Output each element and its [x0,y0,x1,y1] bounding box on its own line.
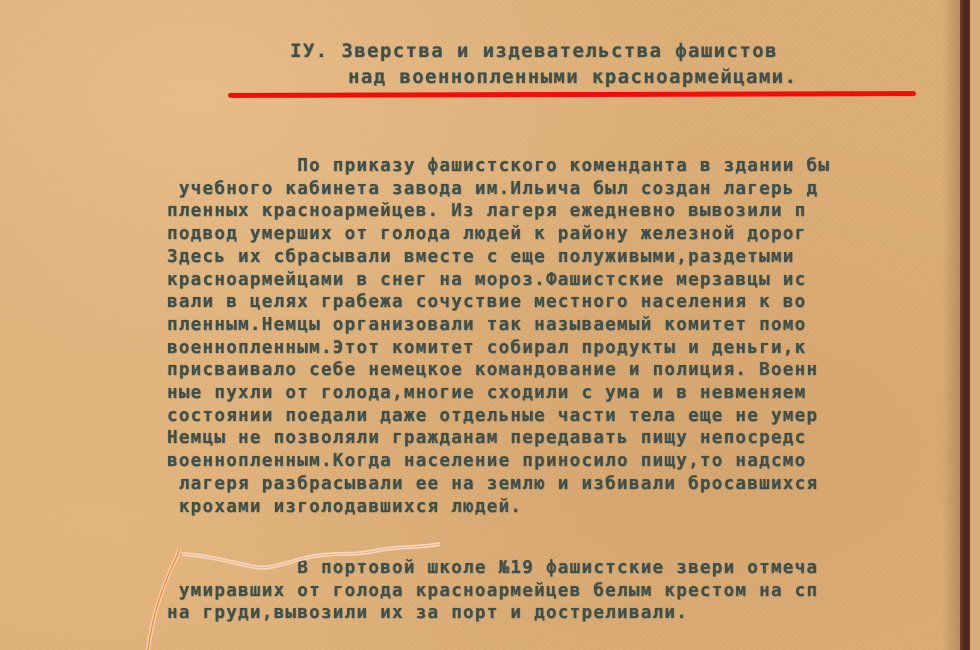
paragraph-1-line: вали в целях грабежа сочуствие местного … [167,291,807,314]
paragraph-1-line: пленным.Немцы организовали так называемы… [167,314,807,337]
red-underline-mark [228,91,916,98]
paragraph-1-line: подвод умерших от голода людей к району … [167,223,807,246]
paragraph-1-line: Немцы не позволяли гражданам передавать … [167,427,807,450]
paragraph-1-line: пленных красноармейцев. Из лагеря ежедне… [167,200,807,223]
section-heading-line-1: IУ. Зверства и издевательства фашистов [290,38,778,64]
paragraph-2-line: на груди,вывозили их за порт и дострелив… [167,602,688,625]
paragraph-1-line: По приказу фашистского коменданта в здан… [167,155,830,178]
paragraph-1-line: красноармейцами в снег на мороз.Фашистск… [167,269,807,292]
paragraph-2-line: умиравших от голода красноармейцев белым… [167,580,818,603]
paragraph-1-line: ные пухли от голода,многие сходили с ума… [167,382,807,405]
paragraph-1-line: военнопленным.Этот комитет собирал проду… [167,337,807,360]
paragraph-1-line: лагеря разбрасывали ее на землю и избива… [167,473,818,496]
paragraph-1-line: военнопленным.Когда население приносило … [167,450,807,473]
paragraph-1-line: учебного кабинета завода им.Ильича был с… [167,178,818,201]
archival-document-page: IУ. Зверства и издевательства фашистов н… [0,0,970,650]
book-binding-edge [960,0,970,650]
paragraph-1-line: Здесь их сбрасывали вместе с еще полужив… [167,246,795,269]
paragraph-1-line: крохами изголодавшихся людей. [167,496,522,519]
section-heading-line-2: над военнопленными красноармейцами. [348,64,797,90]
binding-shadow [942,0,960,650]
paragraph-2-line: В портовой школе №19 фашистские звери от… [167,557,818,580]
paragraph-1-line: присваивало себе немецкое командование и… [167,359,818,382]
paragraph-1-line: состоянии поедали даже отдельные части т… [167,405,818,428]
